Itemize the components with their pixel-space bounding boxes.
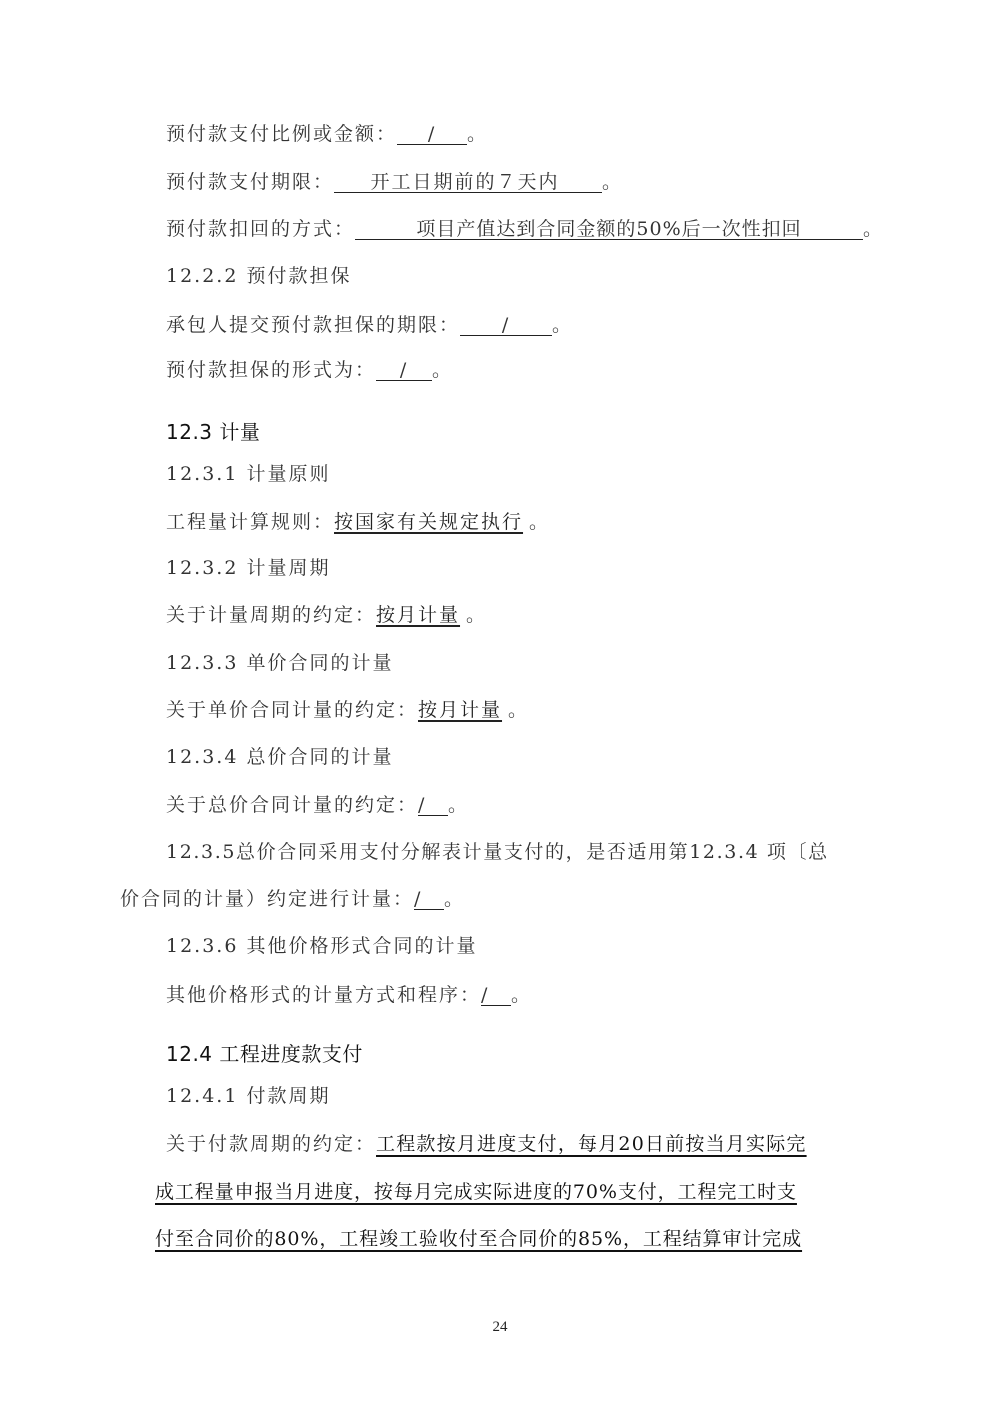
period: 。: [602, 171, 623, 193]
field-value: /: [481, 985, 511, 1006]
advance-payment-ratio-line: 预付款支付比例或金额：/。: [166, 122, 488, 146]
field-label: 其他价格形式的计量方式和程序：: [166, 984, 481, 1006]
field-value: 付至合同价的80%，工程竣工验收付至合同价的85%，工程结算审计完成: [155, 1228, 802, 1250]
heading-12-3-2: 12.3.2 计量周期: [166, 556, 330, 580]
payment-cycle-line1: 关于付款周期的约定：工程款按月进度支付，每月20日前按当月实际完: [166, 1132, 807, 1156]
advance-payment-deduction-line: 预付款扣回的方式：项目产值达到合同金额的50%后一次性扣回。: [166, 217, 884, 241]
field-value: /: [418, 795, 448, 816]
heading-12-3: 12.3 计量: [166, 420, 260, 444]
period: 。: [444, 888, 465, 910]
field-label: 关于单价合同计量的约定：: [166, 699, 418, 721]
field-value: 按月计量: [376, 604, 466, 626]
guarantee-form-line: 预付款担保的形式为：/。: [166, 358, 453, 382]
field-label: 预付款支付期限：: [166, 171, 334, 193]
quantity-rule-line: 工程量计算规则：按国家有关规定执行。: [166, 510, 550, 534]
page-number: 24: [0, 1319, 1000, 1336]
field-label: 预付款支付比例或金额：: [166, 123, 397, 145]
guarantee-deadline-line: 承包人提交预付款担保的期限：/。: [166, 313, 573, 337]
heading-12-3-3: 12.3.3 单价合同的计量: [166, 651, 393, 675]
period: 。: [466, 604, 487, 626]
clause-12-3-5-line2: 价合同的计量）约定进行计量：/。: [120, 887, 465, 911]
field-value: 按国家有关规定执行: [334, 511, 529, 533]
field-label: 关于计量周期的约定：: [166, 604, 376, 626]
heading-12-3-6: 12.3.6 其他价格形式合同的计量: [166, 934, 477, 958]
heading-12-3-1: 12.3.1 计量原则: [166, 462, 330, 486]
advance-payment-deadline-line: 预付款支付期限：开工日期前的７天内。: [166, 170, 623, 194]
heading-12-4: 12.4 工程进度款支付: [166, 1042, 363, 1066]
field-value: 项目产值达到合同金额的50%后一次性扣回: [355, 219, 863, 240]
field-value: 开工日期前的７天内: [334, 172, 602, 193]
heading-12-3-4: 12.3.4 总价合同的计量: [166, 745, 393, 769]
field-label: 价合同的计量）约定进行计量：: [120, 888, 414, 910]
field-label: 承包人提交预付款担保的期限：: [166, 314, 460, 336]
period: 。: [508, 699, 529, 721]
field-label: 预付款扣回的方式：: [166, 218, 355, 240]
measurement-period-line: 关于计量周期的约定：按月计量。: [166, 603, 487, 627]
period: 。: [432, 359, 453, 381]
heading-12-4-1: 12.4.1 付款周期: [166, 1084, 330, 1108]
field-value: /: [376, 360, 432, 381]
period: 。: [552, 314, 573, 336]
period: 。: [863, 218, 884, 240]
field-label: 预付款担保的形式为：: [166, 359, 376, 381]
payment-cycle-line3: 付至合同价的80%，工程竣工验收付至合同价的85%，工程结算审计完成: [155, 1227, 802, 1251]
other-price-form-line: 其他价格形式的计量方式和程序：/。: [166, 983, 532, 1007]
field-value: /: [397, 124, 467, 145]
field-label: 关于付款周期的约定：: [166, 1133, 376, 1155]
field-value: 工程款按月进度支付，每月20日前按当月实际完: [376, 1133, 807, 1155]
field-label: 关于总价合同计量的约定：: [166, 794, 418, 816]
field-value: /: [414, 889, 444, 910]
period: 。: [529, 511, 550, 533]
field-value: 成工程量申报当月进度，按每月完成实际进度的70%支付，工程完工时支: [155, 1181, 797, 1203]
field-value: 按月计量: [418, 699, 508, 721]
payment-cycle-line2: 成工程量申报当月进度，按每月完成实际进度的70%支付，工程完工时支: [155, 1180, 797, 1204]
period: 。: [511, 984, 532, 1006]
period: 。: [448, 794, 469, 816]
period: 。: [467, 123, 488, 145]
field-label: 工程量计算规则：: [166, 511, 334, 533]
lump-sum-contract-line: 关于总价合同计量的约定：/。: [166, 793, 469, 817]
heading-12-2-2: 12.2.2 预付款担保: [166, 264, 351, 288]
field-value: /: [460, 315, 552, 336]
unit-price-contract-line: 关于单价合同计量的约定：按月计量。: [166, 698, 529, 722]
clause-12-3-5-line1: 12.3.5总价合同采用支付分解表计量支付的，是否适用第12.3.4 项〔总: [166, 840, 829, 864]
